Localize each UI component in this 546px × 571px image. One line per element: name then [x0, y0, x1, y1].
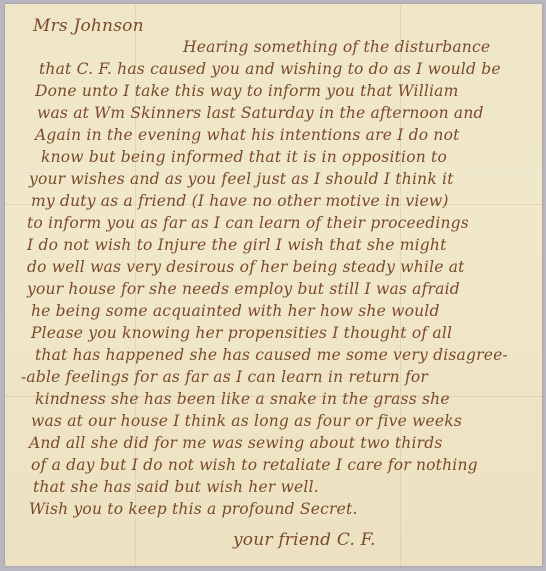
letter-line: was at Wm Skinners last Saturday in the …	[37, 104, 484, 122]
letter-line: was at our house I think as long as four…	[31, 412, 462, 430]
salutation: Mrs Johnson	[33, 16, 144, 36]
letter-line: Again in the evening what his intentions…	[35, 126, 460, 144]
letter-line: Wish you to keep this a profound Secret.	[29, 500, 358, 518]
letter-line: my duty as a friend (I have no other mot…	[31, 192, 449, 210]
letter-line: I do not wish to Injure the girl I wish …	[27, 236, 447, 254]
letter-line: he being some acquainted with her how sh…	[31, 302, 440, 320]
letter-line: know but being informed that it is in op…	[41, 148, 447, 166]
letter-line: that she has said but wish her well.	[33, 478, 319, 496]
letter-line: your house for she needs employ but stil…	[27, 280, 460, 298]
letter-line: of a day but I do not wish to retaliate …	[31, 456, 478, 474]
letter-line: kindness she has been like a snake in th…	[35, 390, 450, 408]
letter-line: do well was very desirous of her being s…	[27, 258, 465, 276]
letter-line: And all she did for me was sewing about …	[29, 434, 443, 452]
signature: your friend C. F.	[233, 530, 376, 550]
letter-line: -able feelings for as far as I can learn…	[21, 368, 428, 386]
letter-line: that has happened she has caused me some…	[35, 346, 508, 364]
letter-line: Hearing something of the disturbance	[183, 38, 490, 56]
letter-paper: Mrs Johnson Hearing something of the dis…	[5, 4, 542, 566]
letter-line: to inform you as far as I can learn of t…	[27, 214, 469, 232]
letter-line: Done unto I take this way to inform you …	[35, 82, 459, 100]
letter-line: your wishes and as you feel just as I sh…	[29, 170, 454, 188]
letter-line: Please you knowing her propensities I th…	[31, 324, 452, 342]
letter-line: that C. F. has caused you and wishing to…	[39, 60, 501, 78]
